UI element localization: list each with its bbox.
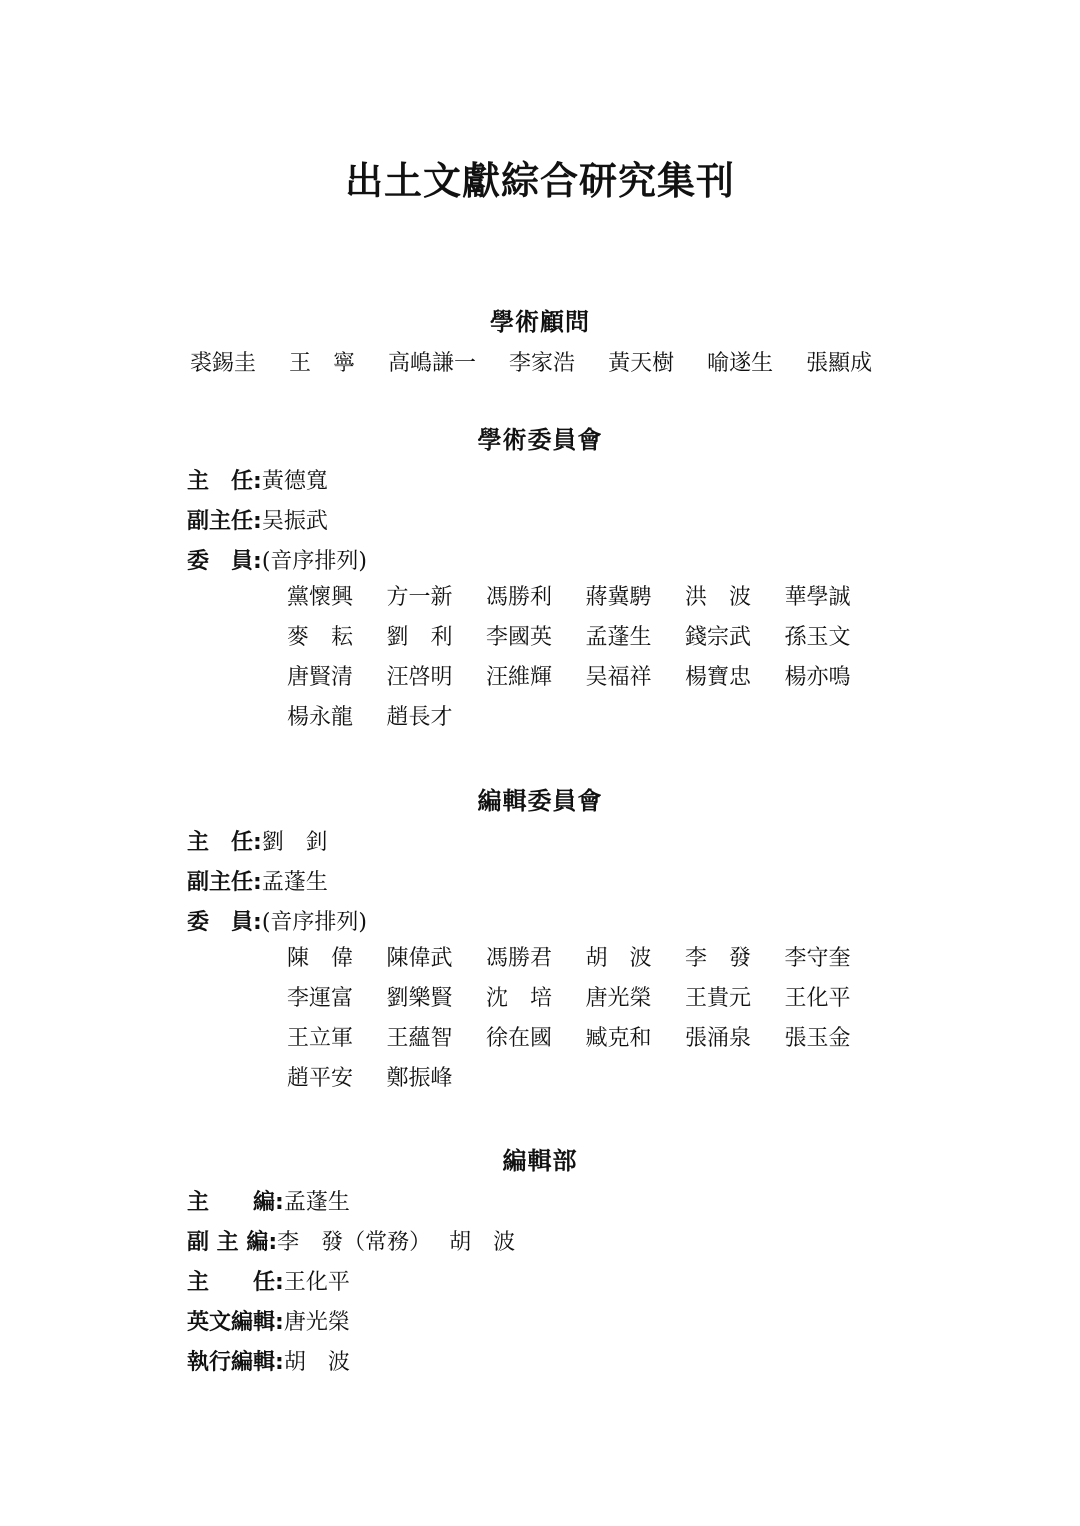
deputy-label: 副主任: xyxy=(187,504,262,535)
member-name: 華學誠 xyxy=(785,584,885,612)
members-note: (音序排列) xyxy=(262,905,367,936)
member-name: 趙平安 xyxy=(287,1065,387,1093)
editorial-deputy-row: 副主任: 孟蓬生 xyxy=(187,865,328,896)
role-value: 唐光榮 xyxy=(284,1305,350,1336)
editorial-members-grid: 陳 偉 陳偉武 馮勝君 胡 波 李 發 李守奎 李運富 劉樂賢 沈 培 唐光榮 … xyxy=(287,945,887,1093)
member-name: 張玉金 xyxy=(785,1025,885,1053)
advisor-name: 張顯成 xyxy=(806,346,872,377)
member-name: 孫玉文 xyxy=(785,624,885,652)
member-name: 楊永龍 xyxy=(287,704,387,732)
member-name: 李守奎 xyxy=(785,945,885,973)
director-label: 主 任: xyxy=(187,825,262,856)
member-name: 鄭振峰 xyxy=(387,1065,487,1093)
member-name: 陳偉武 xyxy=(387,945,487,973)
member-name: 汪啓明 xyxy=(387,664,487,692)
deputy-label: 副主任: xyxy=(187,865,262,896)
member-name: 唐賢清 xyxy=(287,664,387,692)
advisor-name: 黃天樹 xyxy=(608,346,674,377)
member-name: 趙長才 xyxy=(387,704,487,732)
academic-committee-heading: 學術委員會 xyxy=(0,420,1080,455)
advisor-name: 王 寧 xyxy=(289,346,355,377)
member-name: 王化平 xyxy=(785,985,885,1013)
member-name: 王貴元 xyxy=(685,985,785,1013)
member-name: 王立軍 xyxy=(287,1025,387,1053)
member-name: 吴福祥 xyxy=(586,664,686,692)
academic-director-row: 主 任: 黃德寬 xyxy=(187,464,328,495)
member-name: 陳 偉 xyxy=(287,945,387,973)
member-name: 李國英 xyxy=(486,624,586,652)
member-name: 洪 波 xyxy=(685,584,785,612)
members-label: 委 員: xyxy=(187,905,262,936)
member-name: 馮勝利 xyxy=(486,584,586,612)
director-name: 劉 釗 xyxy=(262,825,328,856)
role-label: 英文編輯: xyxy=(187,1305,284,1336)
director-label: 主 任: xyxy=(187,464,262,495)
member-name: 楊亦鳴 xyxy=(785,664,885,692)
role-value: 孟蓬生 xyxy=(284,1185,350,1216)
members-note: (音序排列) xyxy=(262,544,367,575)
member-name: 唐光榮 xyxy=(586,985,686,1013)
members-label: 委 員: xyxy=(187,544,262,575)
advisor-name: 高嶋謙一 xyxy=(388,346,476,377)
member-name: 馮勝君 xyxy=(486,945,586,973)
member-name: 方一新 xyxy=(387,584,487,612)
journal-title: 出土文獻綜合研究集刊 xyxy=(0,150,1080,205)
role-label: 副 主 編: xyxy=(187,1225,277,1256)
advisors-list: 裘錫圭 王 寧 高嶋謙一 李家浩 黃天樹 喻遂生 張顯成 xyxy=(190,346,910,377)
editorial-dept-row: 主 編: 孟蓬生 xyxy=(187,1185,350,1216)
member-name: 李運富 xyxy=(287,985,387,1013)
editorial-department-heading: 編輯部 xyxy=(0,1141,1080,1176)
member-name: 劉樂賢 xyxy=(387,985,487,1013)
academic-deputy-row: 副主任: 吴振武 xyxy=(187,504,328,535)
advisor-name: 裘錫圭 xyxy=(190,346,256,377)
academic-members-grid: 黨懷興 方一新 馮勝利 蔣冀騁 洪 波 華學誠 麥 耘 劉 利 李國英 孟蓬生 … xyxy=(287,584,887,732)
member-name: 孟蓬生 xyxy=(586,624,686,652)
member-name: 徐在國 xyxy=(486,1025,586,1053)
role-label: 主 編: xyxy=(187,1185,284,1216)
advisor-name: 李家浩 xyxy=(509,346,575,377)
member-name: 沈 培 xyxy=(486,985,586,1013)
member-name: 李 發 xyxy=(685,945,785,973)
editorial-director-row: 主 任: 劉 釗 xyxy=(187,825,328,856)
member-name: 麥 耘 xyxy=(287,624,387,652)
advisors-heading: 學術顧問 xyxy=(0,302,1080,337)
member-name: 胡 波 xyxy=(586,945,686,973)
academic-members-row: 委 員: (音序排列) xyxy=(187,544,367,575)
member-name: 王蘊智 xyxy=(387,1025,487,1053)
editorial-dept-row: 英文編輯: 唐光榮 xyxy=(187,1305,350,1336)
editorial-dept-row: 主 任: 王化平 xyxy=(187,1265,350,1296)
editorial-committee-heading: 編輯委員會 xyxy=(0,781,1080,816)
role-label: 執行編輯: xyxy=(187,1345,284,1376)
member-name: 張涌泉 xyxy=(685,1025,785,1053)
role-value: 王化平 xyxy=(284,1265,350,1296)
member-name: 蔣冀騁 xyxy=(586,584,686,612)
director-name: 黃德寬 xyxy=(262,464,328,495)
role-value: 李 發（常務） 胡 波 xyxy=(277,1225,515,1256)
deputy-name: 吴振武 xyxy=(262,504,328,535)
editorial-dept-row: 執行編輯: 胡 波 xyxy=(187,1345,350,1376)
member-name: 劉 利 xyxy=(387,624,487,652)
member-name: 楊寶忠 xyxy=(685,664,785,692)
member-name: 臧克和 xyxy=(586,1025,686,1053)
member-name: 錢宗武 xyxy=(685,624,785,652)
member-name: 黨懷興 xyxy=(287,584,387,612)
advisor-name: 喻遂生 xyxy=(707,346,773,377)
member-name: 汪維輝 xyxy=(486,664,586,692)
editorial-dept-row: 副 主 編: 李 發（常務） 胡 波 xyxy=(187,1225,515,1256)
editorial-members-row: 委 員: (音序排列) xyxy=(187,905,367,936)
role-value: 胡 波 xyxy=(284,1345,350,1376)
role-label: 主 任: xyxy=(187,1265,284,1296)
deputy-name: 孟蓬生 xyxy=(262,865,328,896)
